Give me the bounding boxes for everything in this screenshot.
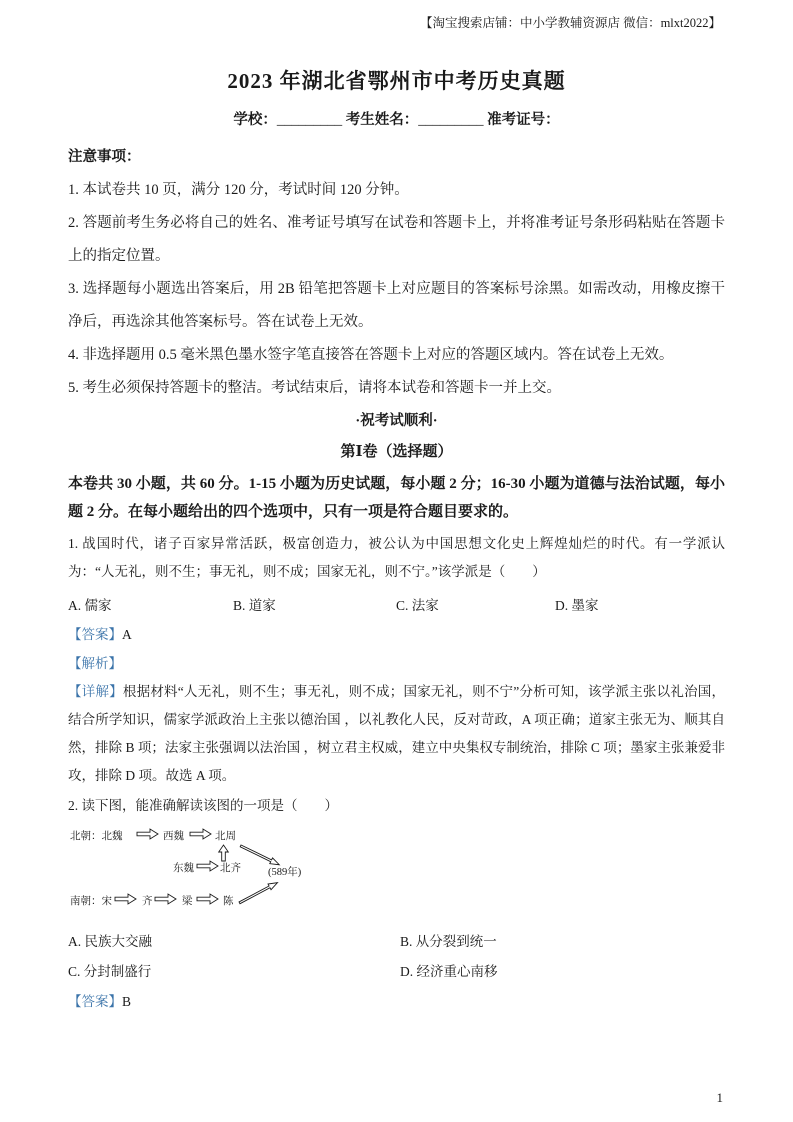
xi-wei-label: 西魏 [163, 829, 184, 842]
notice-item-4: 4. 非选择题用 0.5 毫米黑色墨水签字笔直接答在答题卡上对应的答题区域内。答… [68, 339, 725, 372]
q2-option-b: B. 从分裂到统一 [400, 927, 497, 957]
q1-analysis-label: 【解析】 [68, 656, 122, 671]
ticket-number-label: 准考证号： [487, 112, 560, 128]
question-2-options-row-2: C. 分封制盛行 D. 经济重心南移 [68, 957, 725, 987]
page-title: 2023 年湖北省鄂州市中考历史真题 [68, 65, 725, 95]
right-arrow-icon [137, 829, 158, 839]
q1-detail-text: 根据材料“人无礼，则不生；事无礼，则不成；国家无礼，则不宁”分析可知，该学派主张… [68, 684, 725, 783]
north-dynasty-label: 北朝：北魏 [70, 829, 123, 842]
candidate-name-label: 考生姓名： [346, 112, 419, 128]
bei-qi-label: 北齐 [220, 862, 241, 874]
q1-option-c: C. 法家 [396, 591, 555, 620]
q1-answer-value: A [122, 627, 132, 642]
dong-wei-label: 东魏 [173, 861, 194, 874]
q1-detail-row: 【详解】根据材料“人无礼，则不生；事无礼，则不成；国家无礼，则不宁”分析可知，该… [68, 678, 725, 790]
notice-heading: 注意事项： [68, 141, 725, 174]
exam-document-page: 【淘宝搜索店铺：中小学教辅资源店 微信：mlxt2022】 2023 年湖北省鄂… [0, 0, 793, 1122]
section-part-title: 第Ⅰ卷（选择题） [68, 437, 725, 467]
q2-option-c: C. 分封制盛行 [68, 957, 400, 987]
liang-label: 梁 [182, 894, 193, 907]
q1-answer-row: 【答案】A [68, 620, 725, 649]
chen-label: 陈 [223, 894, 234, 907]
question-1-options: A. 儒家 B. 道家 C. 法家 D. 墨家 [68, 591, 725, 620]
bei-zhou-label: 北周 [215, 830, 236, 842]
q1-answer-label: 【答案】 [68, 627, 122, 642]
right-arrow-icon [197, 861, 218, 871]
q2-answer-row: 【答案】B [68, 987, 725, 1016]
notice-item-1: 1. 本试卷共 10 页，满分 120 分，考试时间 120 分钟。 [68, 174, 725, 207]
notice-item-2: 2. 答题前考生务必将自己的姓名、准考证号填写在试卷和答题卡上，并将准考证号条形… [68, 207, 725, 273]
q1-detail-label: 【详解】 [68, 684, 123, 699]
notice-item-3: 3. 选择题每小题选出答案后，用 2B 铅笔把答题卡上对应题目的答案标号涂黑。如… [68, 273, 725, 339]
q2-answer-label: 【答案】 [68, 994, 122, 1009]
right-arrow-icon [190, 829, 211, 839]
notice-section: 注意事项： 1. 本试卷共 10 页，满分 120 分，考试时间 120 分钟。… [68, 141, 725, 405]
candidate-name-blank: _________ [418, 112, 483, 128]
question-1-stem: 1. 战国时代，诸子百家异常活跃，极富创造力，被公认为中国思想文化史上辉煌灿烂的… [68, 530, 725, 586]
exam-wish: ·祝考试顺利· [68, 405, 725, 437]
dynasty-succession-chart: 北朝：北魏 西魏 北周 东魏 北齐 (589年) 南朝：宋 齐 梁 陈 [68, 822, 398, 922]
section-intro: 本卷共 30 小题，共 60 分。1-15 小题为历史试题，每小题 2 分；16… [68, 470, 725, 526]
right-arrow-icon [115, 894, 136, 904]
school-blank: _________ [277, 112, 342, 128]
candidate-info-line: 学校：_________ 考生姓名：_________ 准考证号： [68, 108, 725, 129]
q1-option-a: A. 儒家 [68, 591, 233, 620]
right-arrow-icon [197, 894, 218, 904]
year-589-label: (589年) [268, 865, 302, 878]
question-2-options-row-1: A. 民族大交融 B. 从分裂到统一 [68, 927, 725, 957]
q1-option-d: D. 墨家 [555, 591, 599, 620]
q2-option-d: D. 经济重心南移 [400, 957, 498, 987]
page-number: 1 [717, 1090, 724, 1106]
qi-label: 齐 [142, 895, 153, 907]
notice-item-5: 5. 考生必须保持答题卡的整洁。考试结束后，请将本试卷和答题卡一并上交。 [68, 372, 725, 405]
store-watermark: 【淘宝搜索店铺：中小学教辅资源店 微信：mlxt2022】 [68, 13, 725, 31]
diagonal-arrow-icon [239, 843, 280, 868]
question-2-stem: 2. 读下图，能准确解读该图的一项是（ ） [68, 792, 725, 820]
right-arrow-icon [155, 894, 176, 904]
q2-answer-value: B [122, 994, 131, 1009]
up-arrow-icon [219, 845, 229, 861]
south-dynasty-label: 南朝：宋 [70, 894, 112, 907]
q2-option-a: A. 民族大交融 [68, 927, 400, 957]
q1-option-b: B. 道家 [233, 591, 396, 620]
diagonal-arrow-icon [238, 880, 279, 906]
q2-dynasty-diagram: 北朝：北魏 西魏 北周 东魏 北齐 (589年) 南朝：宋 齐 梁 陈 [68, 822, 725, 927]
q1-analysis-row: 【解析】 [68, 649, 725, 678]
school-label: 学校： [233, 112, 277, 128]
